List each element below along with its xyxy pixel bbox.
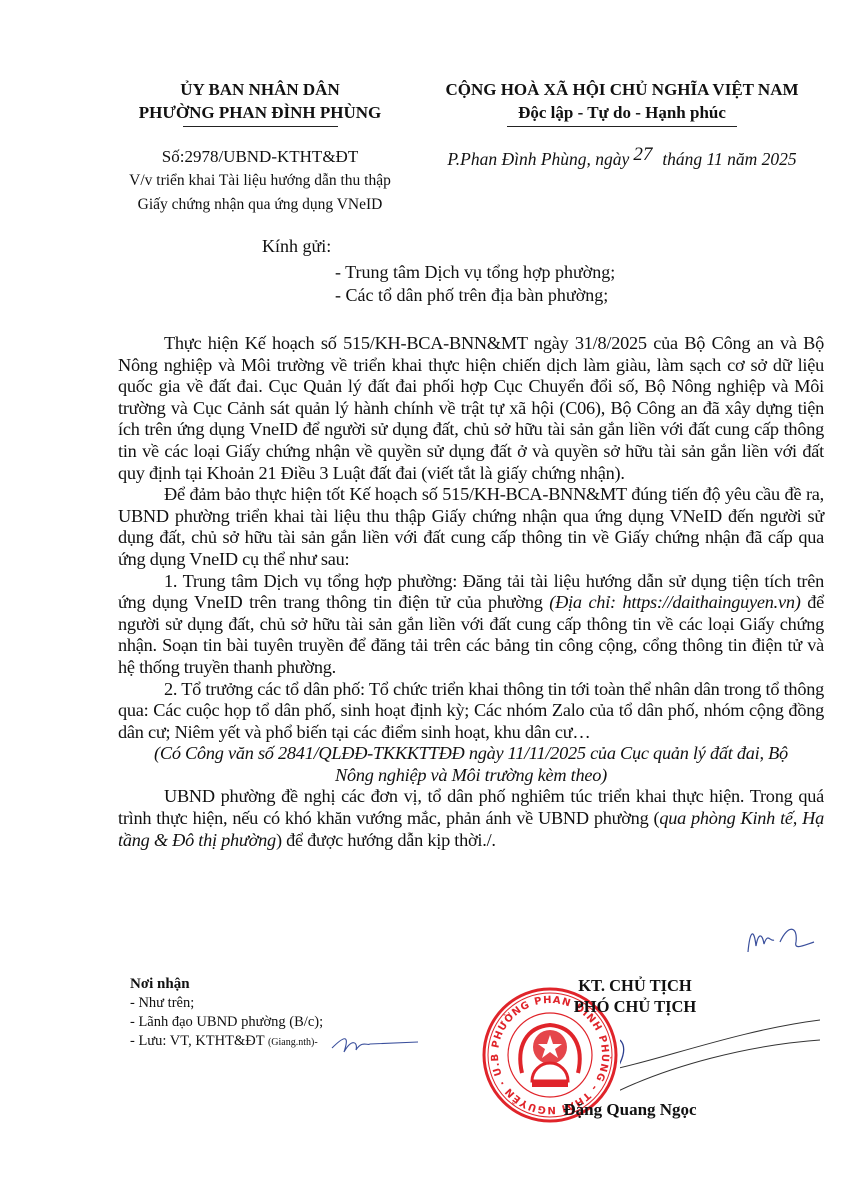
nation-title: CỘNG HOÀ XÃ HỘI CHỦ NGHĨA VIỆT NAM [412,78,832,101]
recipient-1: - Trung tâm Dịch vụ tổng hợp phường; [335,262,615,283]
nation-motto: Độc lập - Tự do - Hạnh phúc [412,101,832,124]
document-body: Thực hiện Kế hoạch số 515/KH-BCA-BNN&MT … [118,333,824,851]
date-suffix: tháng 11 năm 2025 [662,149,796,169]
drafter-note: (Giang.nth)- [268,1037,318,1048]
initials-scribble-icon [740,920,820,960]
noi-nhan-title: Nơi nhận [130,975,323,994]
date-day: 27 [633,144,652,165]
website-link[interactable]: (Địa chỉ: https://daithainguyen.vn) [549,592,800,612]
document-number: Số:2978/UBND-KTHT&ĐT [100,147,420,167]
sign-title-2: PHÓ CHỦ TỊCH [545,996,725,1017]
noi-nhan-item: - Lưu: VT, KTHT&ĐT (Giang.nth)- [130,1032,323,1052]
signature-block: KT. CHỦ TỊCH PHÓ CHỦ TỊCH [545,975,725,1017]
noi-nhan-item: - Như trên; [130,994,323,1013]
attachment-note: (Có Công văn số 2841/QLĐĐ-TKKKTTĐĐ ngày … [118,743,824,786]
paragraph-3: 1. Trung tâm Dịch vụ tổng hợp phường: Đă… [118,571,824,679]
recipients-list: Nơi nhận - Như trên; - Lãnh đạo UBND phư… [130,975,323,1052]
sign-title-1: KT. CHỦ TỊCH [545,975,725,996]
agency-line-1: ỦY BAN NHÂN DÂN [100,78,420,101]
agency-underline [183,126,338,127]
paragraph-5: UBND phường đề nghị các đơn vị, tổ dân p… [118,786,824,851]
national-motto-block: CỘNG HOÀ XÃ HỘI CHỦ NGHĨA VIỆT NAM Độc l… [412,78,832,171]
paragraph-2: Để đảm bảo thực hiện tốt Kế hoạch số 515… [118,484,824,570]
paragraph-1: Thực hiện Kế hoạch số 515/KH-BCA-BNN&MT … [118,333,824,484]
document-date: P.Phan Đình Phùng, ngày27tháng 11 năm 20… [412,149,832,171]
subject-line-2: Giấy chứng nhận qua ứng dụng VNeID [100,194,420,215]
signer-name: Đặng Quang Ngọc [520,1100,740,1120]
noi-nhan-item: - Lãnh đạo UBND phường (B/c); [130,1013,323,1032]
paragraph-4: 2. Tổ trưởng các tổ dân phố: Tổ chức tri… [118,679,824,744]
agency-line-2: PHƯỜNG PHAN ĐÌNH PHÙNG [100,101,420,124]
subject-line-1: V/v triển khai Tài liệu hướng dẫn thu th… [100,170,420,191]
issuing-agency-block: ỦY BAN NHÂN DÂN PHƯỜNG PHAN ĐÌNH PHÙNG S… [100,78,420,215]
greeting: Kính gửi: [262,236,331,257]
motto-underline [507,126,737,127]
drafter-signature-icon [330,1030,420,1060]
recipient-2: - Các tổ dân phố trên địa bàn phường; [335,285,608,306]
date-prefix: P.Phan Đình Phùng, ngày [447,149,629,169]
